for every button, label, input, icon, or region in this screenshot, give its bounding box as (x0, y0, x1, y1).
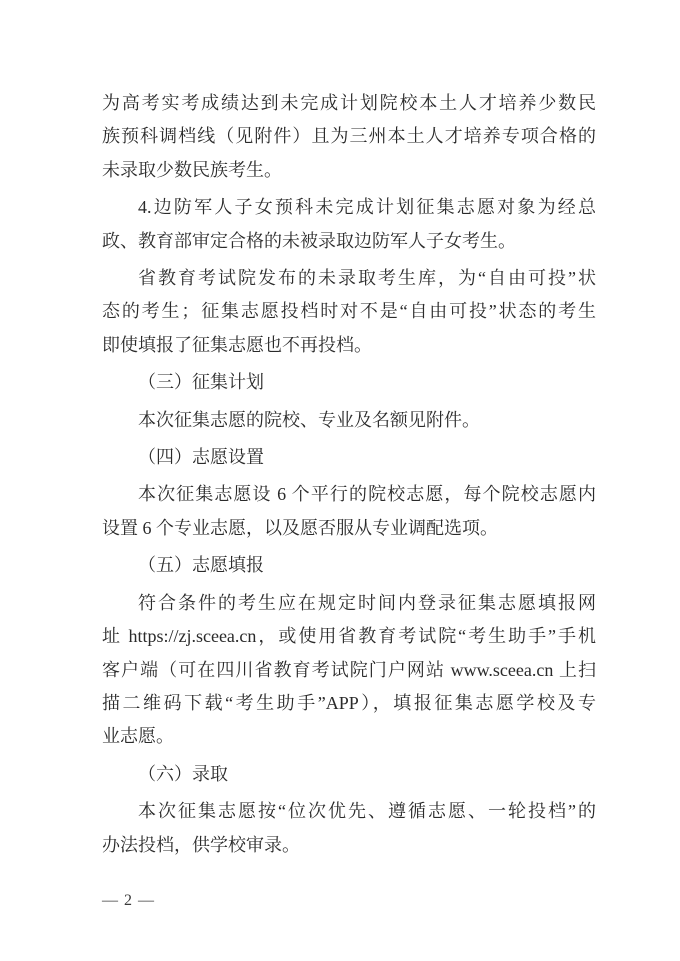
text-line: 4.边防军人子女预科未完成计划征集志愿对象为经总 (102, 191, 596, 224)
text-line: 客户端（可在四川省教育考试院门户网站 www.sceea.cn 上扫 (102, 654, 596, 687)
text-line: 本次征集志愿的院校、专业及名额见附件。 (102, 404, 596, 437)
text-line: 即使填报了征集志愿也不再投档。 (102, 329, 596, 362)
section-heading: （三）征集计划 (102, 366, 596, 399)
body-paragraph: 本次征集志愿设 6 个平行的院校志愿，每个院校志愿内设置 6 个专业志愿，以及愿… (102, 478, 596, 545)
section-heading: （六）录取 (102, 758, 596, 791)
document-page: 为高考实考成绩达到未完成计划院校本土人才培养少数民族预科调档线（见附件）且为三州… (0, 0, 680, 961)
body-paragraph: 本次征集志愿按“位次优先、遵循志愿、一轮投档”的办法投档，供学校审录。 (102, 795, 596, 862)
text-line: 办法投档，供学校审录。 (102, 829, 596, 862)
section-heading: （五）志愿填报 (102, 549, 596, 582)
page-number: — 2 — (102, 891, 155, 911)
text-line: 政、教育部审定合格的未被录取边防军人子女考生。 (102, 225, 596, 258)
text-line: 设置 6 个专业志愿，以及愿否服从专业调配选项。 (102, 512, 596, 545)
section-heading-paragraph: （四）志愿设置 (102, 441, 596, 474)
body-paragraph: 符合条件的考生应在规定时间内登录征集志愿填报网址 https://zj.scee… (102, 587, 596, 754)
text-line: 符合条件的考生应在规定时间内登录征集志愿填报网 (102, 587, 596, 620)
body-paragraph: 为高考实考成绩达到未完成计划院校本土人才培养少数民族预科调档线（见附件）且为三州… (102, 87, 596, 187)
section-heading-paragraph: （六）录取 (102, 758, 596, 791)
text-line: 本次征集志愿设 6 个平行的院校志愿，每个院校志愿内 (102, 478, 596, 511)
text-line: 未录取少数民族考生。 (102, 154, 596, 187)
text-line: 省教育考试院发布的未录取考生库，为“自由可投”状 (102, 262, 596, 295)
document-body: 为高考实考成绩达到未完成计划院校本土人才培养少数民族预科调档线（见附件）且为三州… (102, 87, 596, 866)
text-line: 本次征集志愿按“位次优先、遵循志愿、一轮投档”的 (102, 795, 596, 828)
body-paragraph: 本次征集志愿的院校、专业及名额见附件。 (102, 404, 596, 437)
section-heading-paragraph: （三）征集计划 (102, 366, 596, 399)
section-heading: （四）志愿设置 (102, 441, 596, 474)
text-line: 态的考生；征集志愿投档时对不是“自由可投”状态的考生 (102, 295, 596, 328)
text-line: 描二维码下载“考生助手”APP），填报征集志愿学校及专 (102, 687, 596, 720)
body-paragraph: 省教育考试院发布的未录取考生库，为“自由可投”状态的考生；征集志愿投档时对不是“… (102, 262, 596, 362)
text-line: 为高考实考成绩达到未完成计划院校本土人才培养少数民 (102, 87, 596, 120)
section-heading-paragraph: （五）志愿填报 (102, 549, 596, 582)
text-line: 业志愿。 (102, 720, 596, 753)
text-line: 址 https://zj.sceea.cn，或使用省教育考试院“考生助手”手机 (102, 620, 596, 653)
body-paragraph: 4.边防军人子女预科未完成计划征集志愿对象为经总政、教育部审定合格的未被录取边防… (102, 191, 596, 258)
text-line: 族预科调档线（见附件）且为三州本土人才培养专项合格的 (102, 120, 596, 153)
